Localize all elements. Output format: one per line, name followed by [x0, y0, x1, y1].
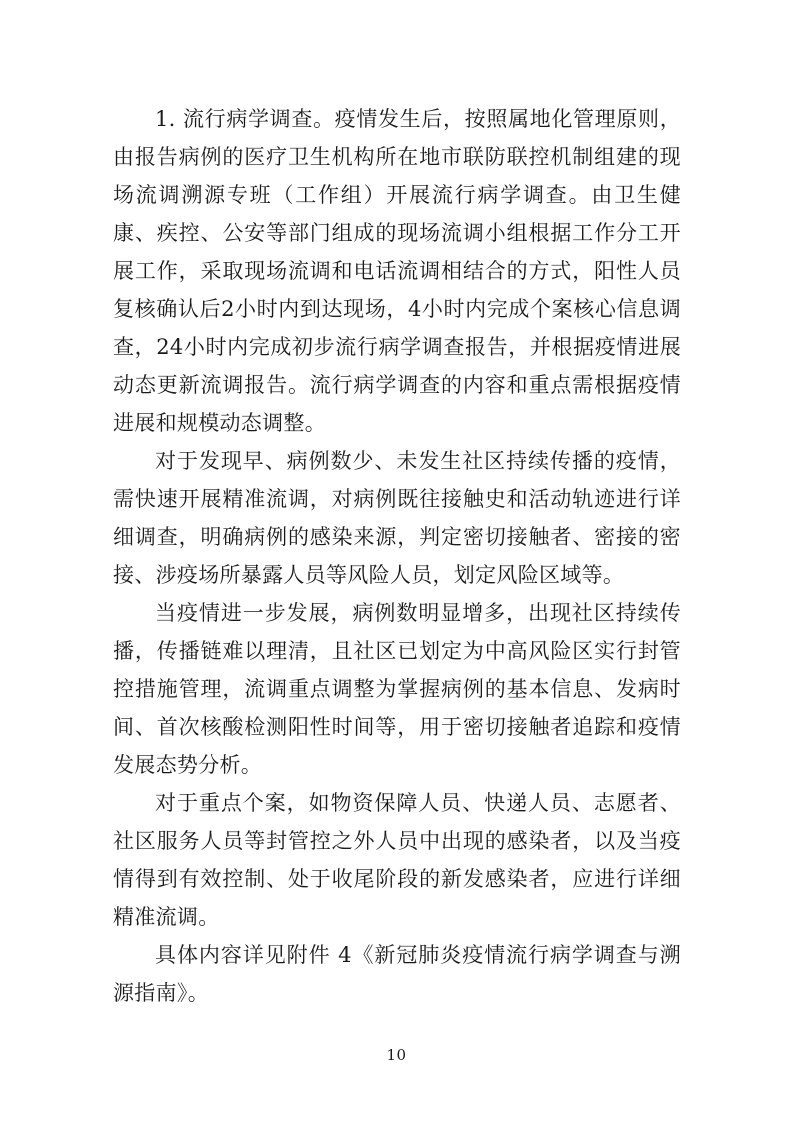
paragraph: 对于发现早、病例数少、未发生社区持续传播的疫情，需快速开展精准流调，对病例既往接… — [113, 442, 681, 594]
paragraph: 1. 流行病学调查。疫情发生后，按照属地化管理原则，由报告病例的医疗卫生机构所在… — [113, 100, 681, 442]
paragraph: 具体内容详见附件 4《新冠肺炎疫情流行病学调查与溯源指南》。 — [113, 936, 681, 1012]
page-number: 10 — [0, 1046, 793, 1064]
document-page: 1. 流行病学调查。疫情发生后，按照属地化管理原则，由报告病例的医疗卫生机构所在… — [0, 0, 793, 1122]
document-body: 1. 流行病学调查。疫情发生后，按照属地化管理原则，由报告病例的医疗卫生机构所在… — [113, 100, 681, 1012]
paragraph: 对于重点个案，如物资保障人员、快递人员、志愿者、社区服务人员等封管控之外人员中出… — [113, 784, 681, 936]
paragraph: 当疫情进一步发展，病例数明显增多，出现社区持续传播，传播链难以理清，且社区已划定… — [113, 594, 681, 784]
